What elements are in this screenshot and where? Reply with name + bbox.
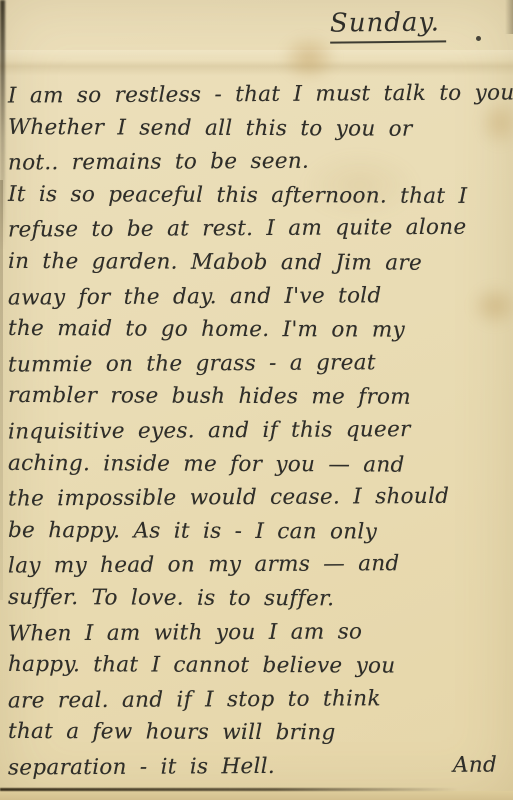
letter-line: suffer. To love. is to suffer.: [8, 581, 509, 617]
scan-edge-bottom: [0, 788, 458, 791]
letter-line: are real. and if I stop to think: [8, 681, 509, 718]
letter-line: tummie on the grass - a great: [8, 345, 509, 382]
letter-heading: Sunday.: [330, 7, 446, 43]
letter-line: be happy. As it is - I can only: [8, 514, 509, 550]
letter-last-line: separation - it is Hell. And: [8, 748, 509, 785]
scan-edge-left-faint: [0, 180, 3, 600]
letter-line: Whether I send all this to you or: [8, 111, 509, 147]
letter-line: rambler rose bush hides me from: [8, 379, 509, 415]
letter-line: the impossible would cease. I should: [8, 480, 509, 517]
scan-edge-bottom-band: [0, 791, 513, 800]
scan-edge-left: [0, 0, 5, 250]
letter-line: not.. remains to be seen.: [8, 144, 509, 181]
letter-line: that a few hours will bring: [8, 715, 509, 751]
letter-heading-row: Sunday.: [330, 8, 446, 43]
letter-line: in the garden. Mabob and Jim are: [8, 245, 509, 281]
paper-fold-crease: [0, 50, 513, 76]
scan-edge-top-right: [505, 0, 513, 34]
letter-line: the maid to go home. I'm on my: [8, 312, 509, 348]
letter-line: refuse to be at rest. I am quite alone: [8, 211, 509, 248]
letter-catchword: And: [453, 748, 501, 782]
letter-line: It is so peaceful this afternoon. that I: [8, 178, 509, 214]
letter-body: I am so restless - that I must talk to y…: [8, 78, 509, 783]
letter-line: aching. inside me for you — and: [8, 446, 509, 482]
letter-line: lay my head on my arms — and: [8, 547, 509, 584]
letter-line: inquisitive eyes. and if this queer: [8, 412, 509, 449]
letter-line: I am so restless - that I must talk to y…: [8, 76, 509, 113]
letter-line: happy. that I cannot believe you: [8, 648, 509, 684]
letter-line: away for the day. and I've told: [8, 278, 509, 315]
letter-page: Sunday. I am so restless - that I must t…: [0, 0, 513, 800]
letter-line: separation - it is Hell.: [8, 750, 275, 785]
ink-dot: [476, 36, 481, 41]
letter-line: When I am with you I am so: [8, 614, 509, 651]
